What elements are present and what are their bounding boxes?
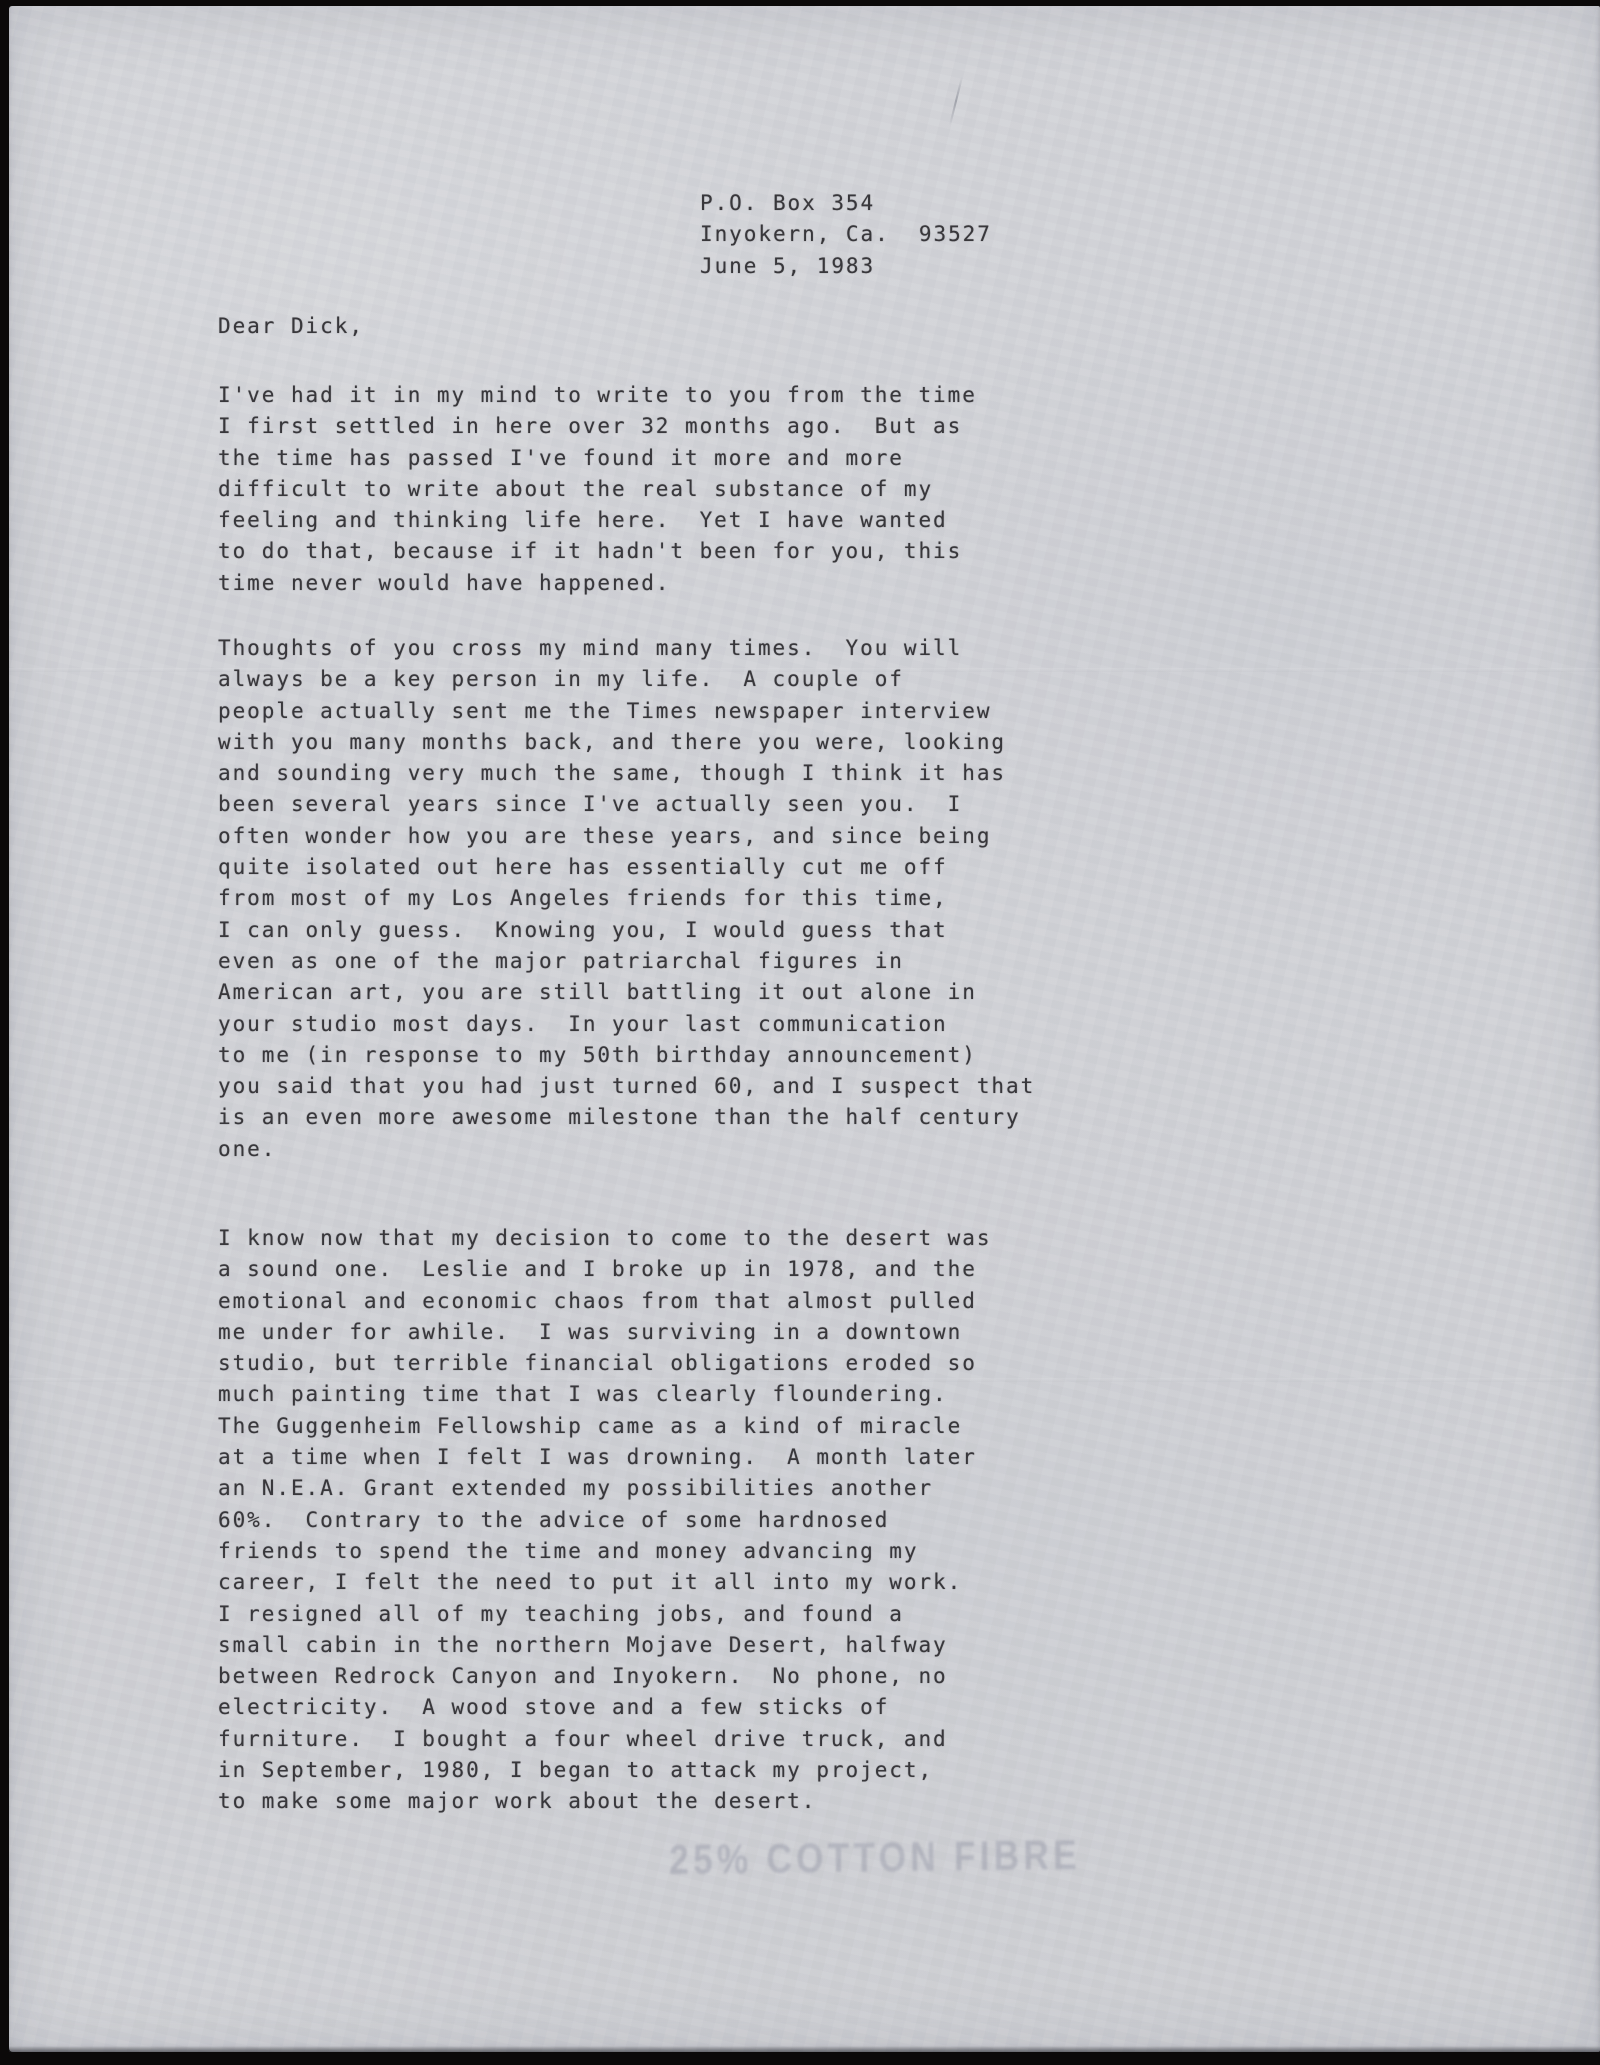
scratch-mark (949, 77, 963, 126)
letter-paper: P.O. Box 354 Inyokern, Ca. 93527 June 5,… (9, 6, 1600, 2052)
photo-background: { "letter": { "header_lines": [ "P.O. Bo… (0, 0, 1600, 2065)
salutation: Dear Dick, (218, 311, 364, 342)
sender-address-block: P.O. Box 354 Inyokern, Ca. 93527 June 5,… (700, 188, 992, 282)
paragraph-2: Thoughts of you cross my mind many times… (218, 633, 1035, 1165)
cotton-fibre-watermark: 25% COTTON FIBRE (669, 1831, 1081, 1884)
paragraph-1: I've had it in my mind to write to you f… (218, 380, 977, 599)
paragraph-3: I know now that my decision to come to t… (218, 1223, 991, 1818)
paper-bottom-edge-shadow (9, 2046, 1600, 2052)
